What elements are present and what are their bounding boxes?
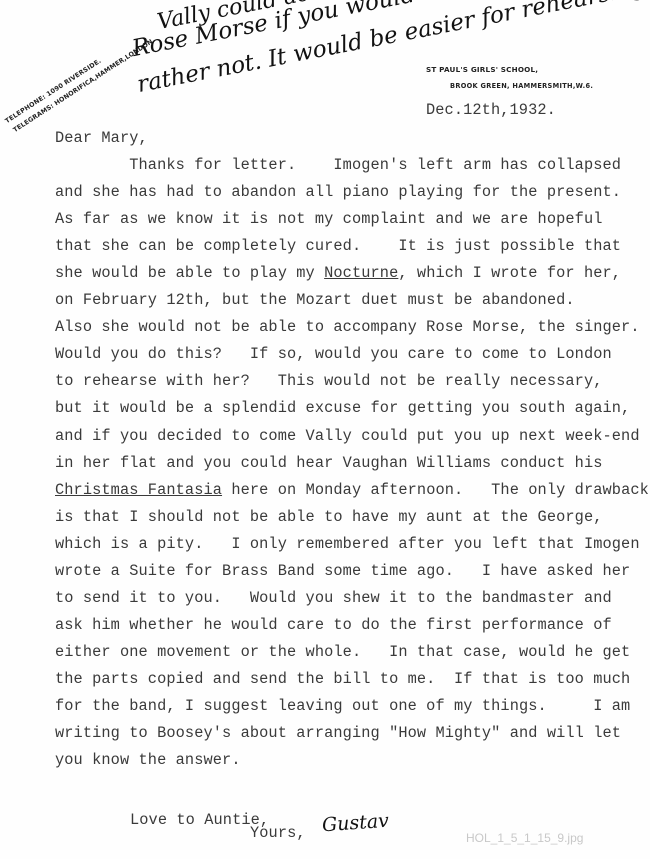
body-line: but it would be a splendid excuse for ge…	[55, 401, 630, 416]
body-line: the parts copied and send the bill to me…	[55, 672, 630, 687]
body-line: ask him whether he would care to do the …	[55, 618, 612, 633]
body-line: she would be able to play my Nocturne, w…	[55, 266, 621, 281]
body-line: that she can be completely cured. It is …	[55, 239, 621, 254]
letter-page: TELEPHONE: 1090 RIVERSIDE. TELEGRAMS: HO…	[0, 0, 650, 859]
body-line: to rehearse with her? This would not be …	[55, 374, 603, 389]
underlined-title: Nocturne	[324, 264, 398, 282]
salutation: Dear Mary,	[55, 131, 148, 146]
body-line: Christmas Fantasia here on Monday aftern…	[55, 483, 649, 498]
body-line: either one movement or the whole. In tha…	[55, 645, 630, 660]
closing-yours: Yours,	[250, 826, 306, 841]
letter-date: Dec.12th,1932.	[426, 103, 556, 118]
body-line-text: here on Monday afternoon. The only drawb…	[222, 481, 649, 499]
body-line: is that I should not be able to have my …	[55, 510, 603, 525]
letterhead-telephone: TELEPHONE: 1090 RIVERSIDE.	[4, 57, 103, 125]
body-line: Also she would not be able to accompany …	[55, 320, 640, 335]
body-line-text: , which I wrote for her,	[398, 264, 621, 282]
body-line: in her flat and you could hear Vaughan W…	[55, 456, 603, 471]
letterhead-school: ST PAUL'S GIRLS' SCHOOL,	[426, 65, 538, 74]
letterhead-address: BROOK GREEN, HAMMERSMITH,W.6.	[450, 82, 593, 90]
body-line: wrote a Suite for Brass Band some time a…	[55, 564, 630, 579]
body-line: As far as we know it is not my complaint…	[55, 212, 603, 227]
underlined-title: Christmas Fantasia	[55, 481, 222, 499]
body-line: which is a pity. I only remembered after…	[55, 537, 640, 552]
body-line: and she has had to abandon all piano pla…	[55, 185, 621, 200]
file-label: HOL_1_5_1_15_9.jpg	[466, 831, 583, 845]
body-line: Thanks for letter. Imogen's left arm has…	[55, 158, 621, 173]
body-line: to send it to you. Would you shew it to …	[55, 591, 612, 606]
body-line: and if you decided to come Vally could p…	[55, 429, 640, 444]
body-line-text: she would be able to play my	[55, 264, 324, 282]
body-line: on February 12th, but the Mozart duet mu…	[55, 293, 575, 308]
closing-love: Love to Auntie,	[130, 813, 269, 828]
body-line: writing to Boosey's about arranging "How…	[55, 726, 621, 741]
signature: Gustav	[321, 810, 389, 837]
body-line: Would you do this? If so, would you care…	[55, 347, 612, 362]
body-line: for the band, I suggest leaving out one …	[55, 699, 630, 714]
body-line: you know the answer.	[55, 753, 241, 768]
